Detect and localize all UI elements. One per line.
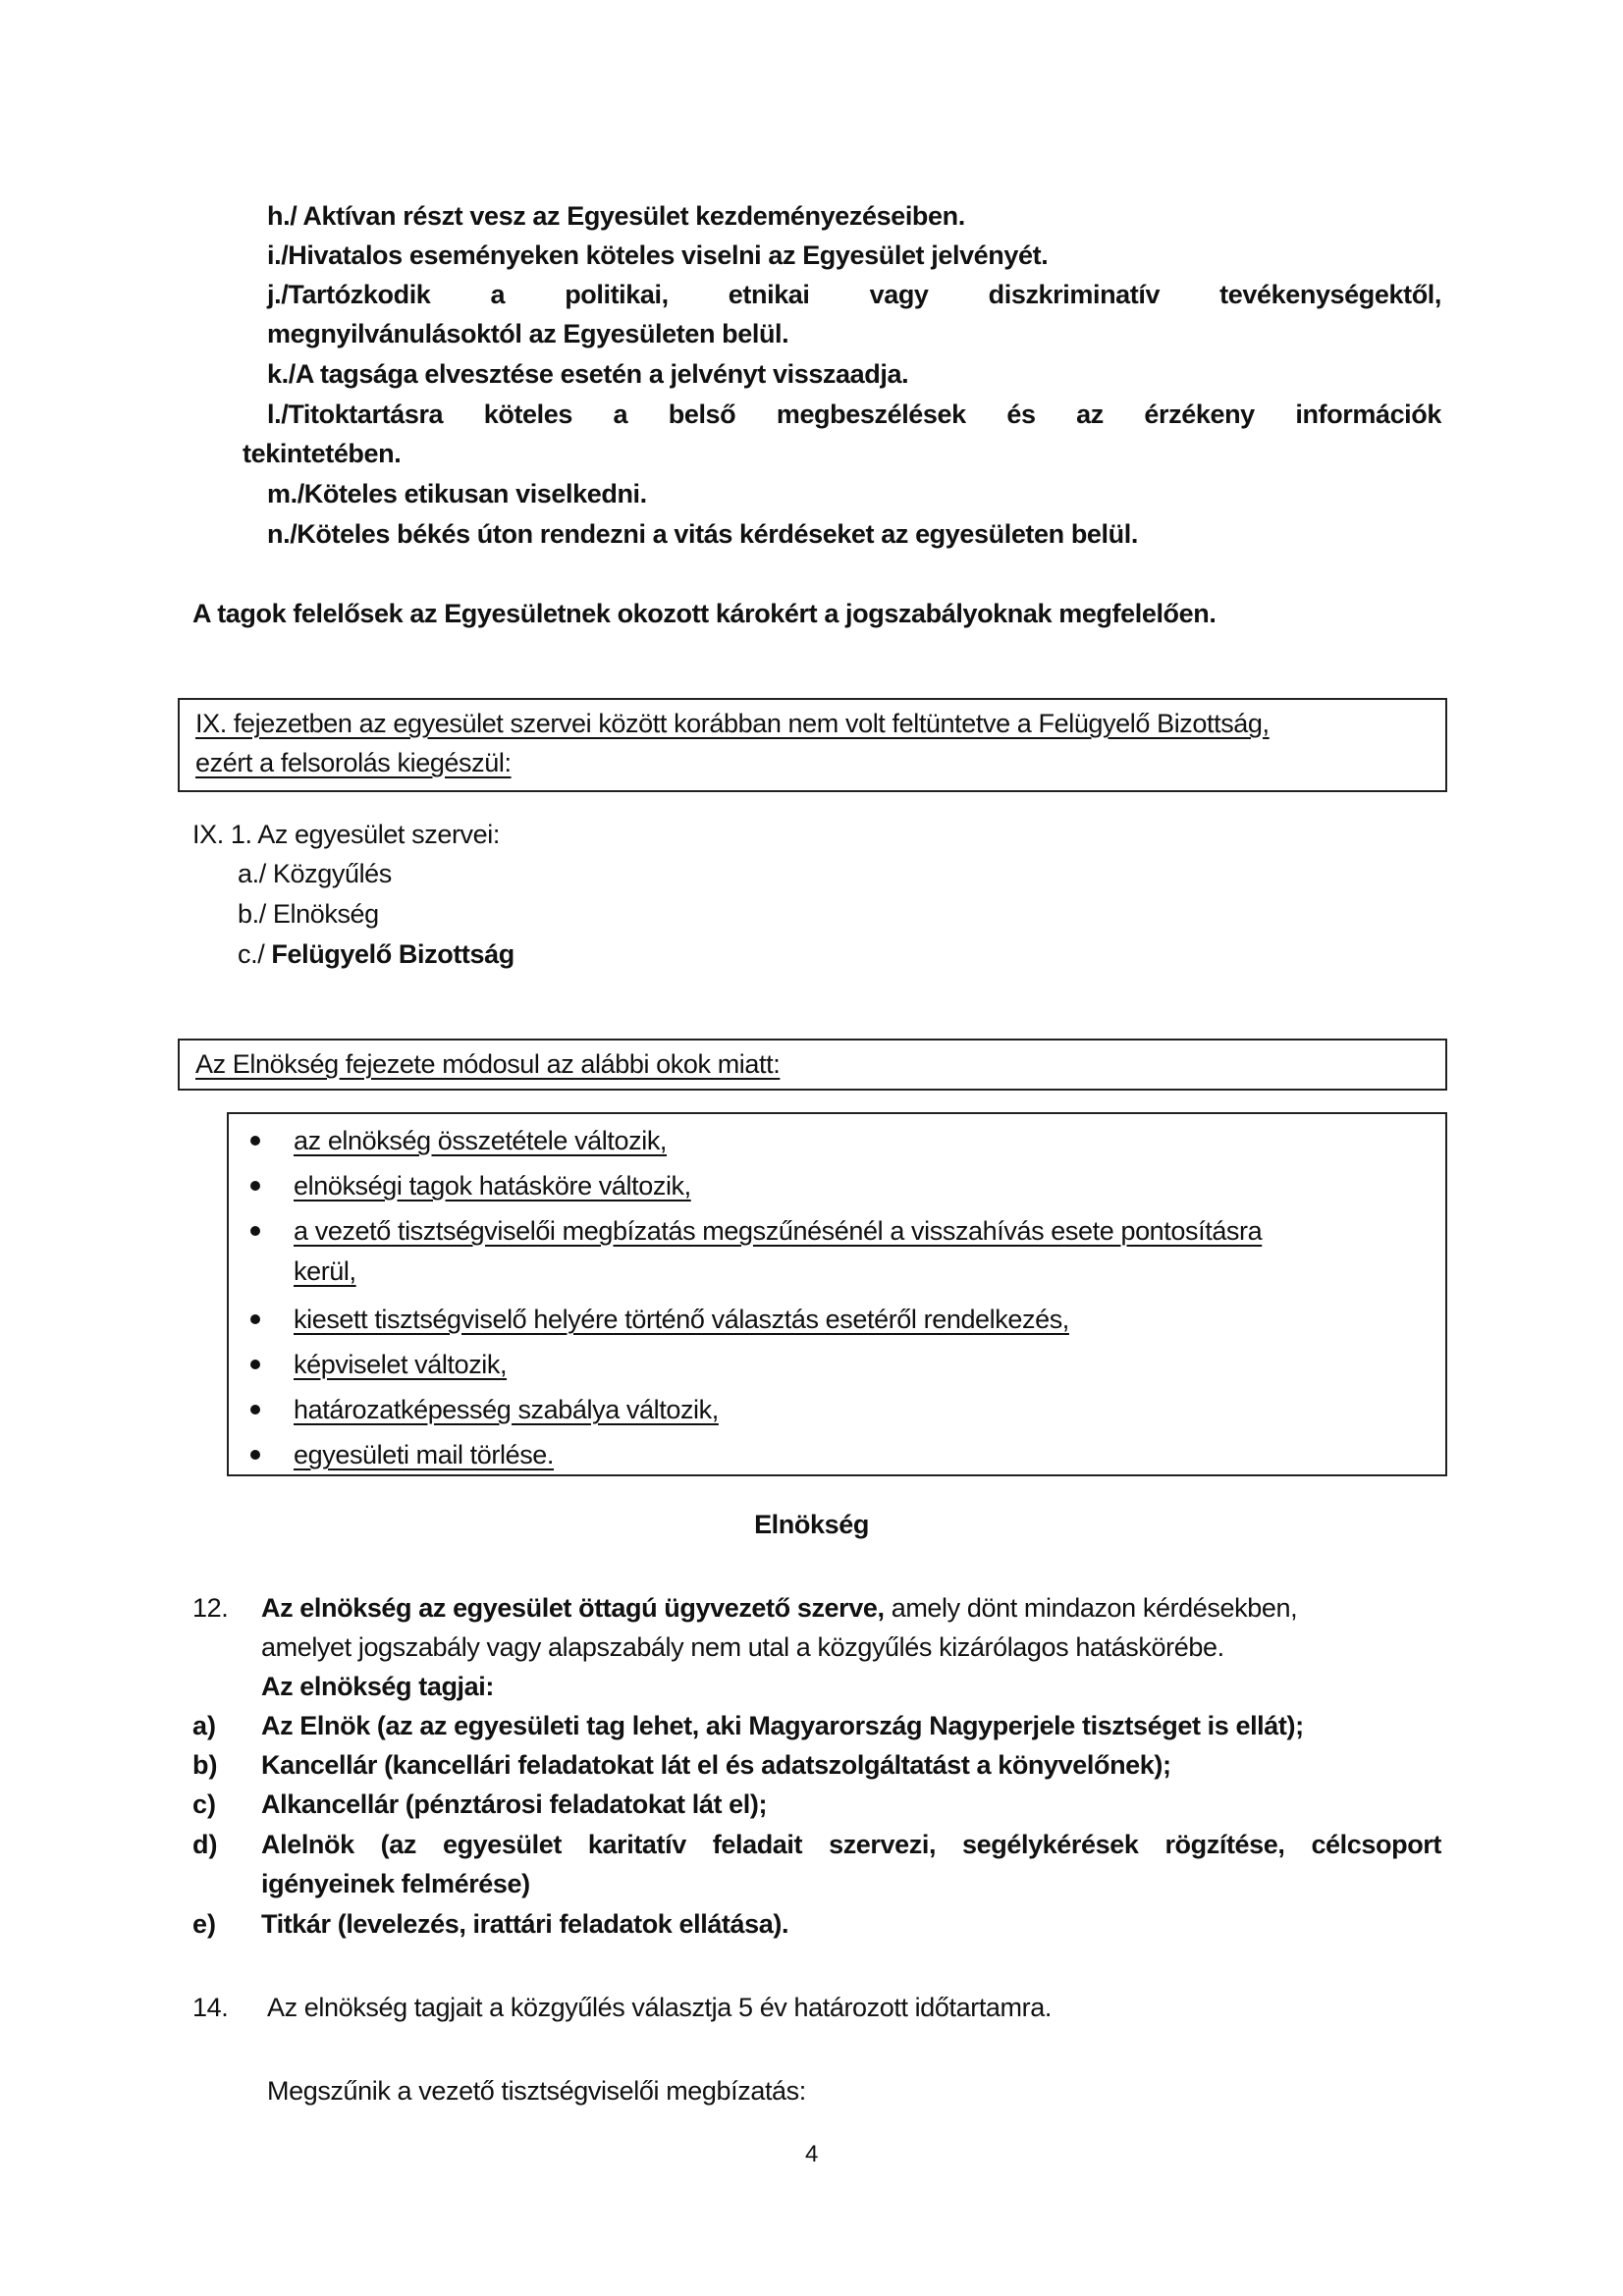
member-marker: e): [192, 1904, 216, 1944]
duty-l-line1: l./Titoktartásra köteles a belső megbesz…: [267, 395, 1441, 434]
duty-j-line1: j./Tartózkodik a politikai, etnikai vagy…: [267, 275, 1441, 314]
bullet-icon: [250, 1314, 260, 1324]
para-12-line2: amelyet jogszabály vagy alapszabály nem …: [261, 1628, 1224, 1667]
note-box-presidency-title: Az Elnökség fejezete módosul az alábbi o…: [195, 1044, 780, 1084]
member-kancellar: Kancellár (kancellári feladatokat lát el…: [261, 1745, 1171, 1785]
note-box-organs-line2: ezért a felsorolás kiegészül:: [195, 743, 512, 782]
duty-n: n./Köteles békés úton rendezni a vitás k…: [267, 514, 1138, 554]
para-12-rest: amely dönt mindazon kérdésekben,: [885, 1593, 1298, 1623]
organ-item-elnokseg: b./ Elnökség: [238, 894, 379, 934]
duty-j-line2: megnyilvánulásoktól az Egyesületen belül…: [267, 314, 788, 353]
bullet-icon: [250, 1226, 260, 1236]
member-titkar: Titkár (levelezés, irattári feladatok el…: [261, 1904, 788, 1944]
bullet-icon: [250, 1450, 260, 1460]
para-14-text: Az elnökség tagjait a közgyűlés választj…: [267, 1988, 1052, 2027]
reason-item: egyesületi mail törlése.: [294, 1435, 554, 1474]
reason-item: a vezető tisztségviselői megbízatás megs…: [294, 1211, 1262, 1251]
bullet-icon: [250, 1181, 260, 1191]
member-marker: b): [192, 1745, 217, 1785]
organ-item-kozgyules: a./ Közgyűlés: [238, 854, 392, 893]
reason-item: képviselet változik,: [294, 1345, 507, 1384]
reason-item: kiesett tisztségviselő helyére történő v…: [294, 1300, 1069, 1339]
organ-item-felugyelo-bizottsag: c./ Felügyelő Bizottság: [238, 934, 514, 974]
para-12-number: 12.: [192, 1588, 228, 1628]
duty-i: i./Hivatalos eseményeken köteles viselni…: [267, 236, 1048, 275]
member-alelnok-continuation: igényeinek felmérése): [261, 1864, 530, 1903]
reason-item: az elnökség összetétele változik,: [294, 1121, 667, 1160]
member-alelnok: Alelnök (az egyesület karitatív feladait…: [261, 1825, 1441, 1864]
duty-h: h./ Aktívan részt vesz az Egyesület kezd…: [267, 196, 965, 236]
reason-item: határozatképesség szabálya változik,: [294, 1390, 719, 1429]
termination-intro: Megszűnik a vezető tisztségviselői megbí…: [267, 2071, 806, 2110]
member-marker: d): [192, 1825, 217, 1864]
organ-label: Elnökség: [273, 899, 379, 929]
document-page: h./ Aktívan részt vesz az Egyesület kezd…: [0, 0, 1623, 2296]
note-box-organs: IX. fejezetben az egyesület szervei közö…: [178, 698, 1447, 792]
organ-label: Felügyelő Bizottság: [271, 939, 514, 969]
organ-prefix: c./: [238, 939, 271, 969]
para-14-number: 14.: [192, 1988, 228, 2027]
member-elnok: Az Elnök (az az egyesületi tag lehet, ak…: [261, 1706, 1304, 1745]
bullet-icon: [250, 1136, 260, 1146]
organ-prefix: b./: [238, 899, 273, 929]
section-title: Elnökség: [0, 1505, 1623, 1544]
liability-statement: A tagok felelősek az Egyesületnek okozot…: [192, 594, 1216, 633]
bullet-icon: [250, 1360, 260, 1369]
duty-l-line2: tekintetében.: [243, 434, 401, 473]
member-marker: a): [192, 1706, 216, 1745]
page-number: 4: [0, 2135, 1623, 2174]
note-box-organs-line1: IX. fejezetben az egyesület szervei közö…: [195, 704, 1270, 743]
bullet-icon: [250, 1405, 260, 1415]
reason-item-continuation: kerül,: [294, 1252, 356, 1291]
organs-heading: IX. 1. Az egyesület szervei:: [192, 815, 500, 854]
para-12-bold-lead: Az elnökség az egyesület öttagú ügyvezet…: [261, 1593, 885, 1623]
para-12-line1: Az elnökség az egyesület öttagú ügyvezet…: [261, 1588, 1441, 1628]
organ-label: Közgyűlés: [273, 859, 392, 888]
members-heading: Az elnökség tagjai:: [261, 1667, 494, 1706]
note-box-presidency: Az Elnökség fejezete módosul az alábbi o…: [178, 1039, 1447, 1091]
duty-m: m./Köteles etikusan viselkedni.: [267, 474, 647, 513]
organ-prefix: a./: [238, 859, 273, 888]
member-marker: c): [192, 1785, 216, 1824]
duty-k: k./A tagsága elvesztése esetén a jelvény…: [267, 354, 908, 394]
change-reasons-box: az elnökség összetétele változik, elnöks…: [227, 1112, 1447, 1476]
member-alkancellar: Alkancellár (pénztárosi feladatokat lát …: [261, 1785, 767, 1824]
reason-item: elnökségi tagok hatásköre változik,: [294, 1166, 691, 1205]
